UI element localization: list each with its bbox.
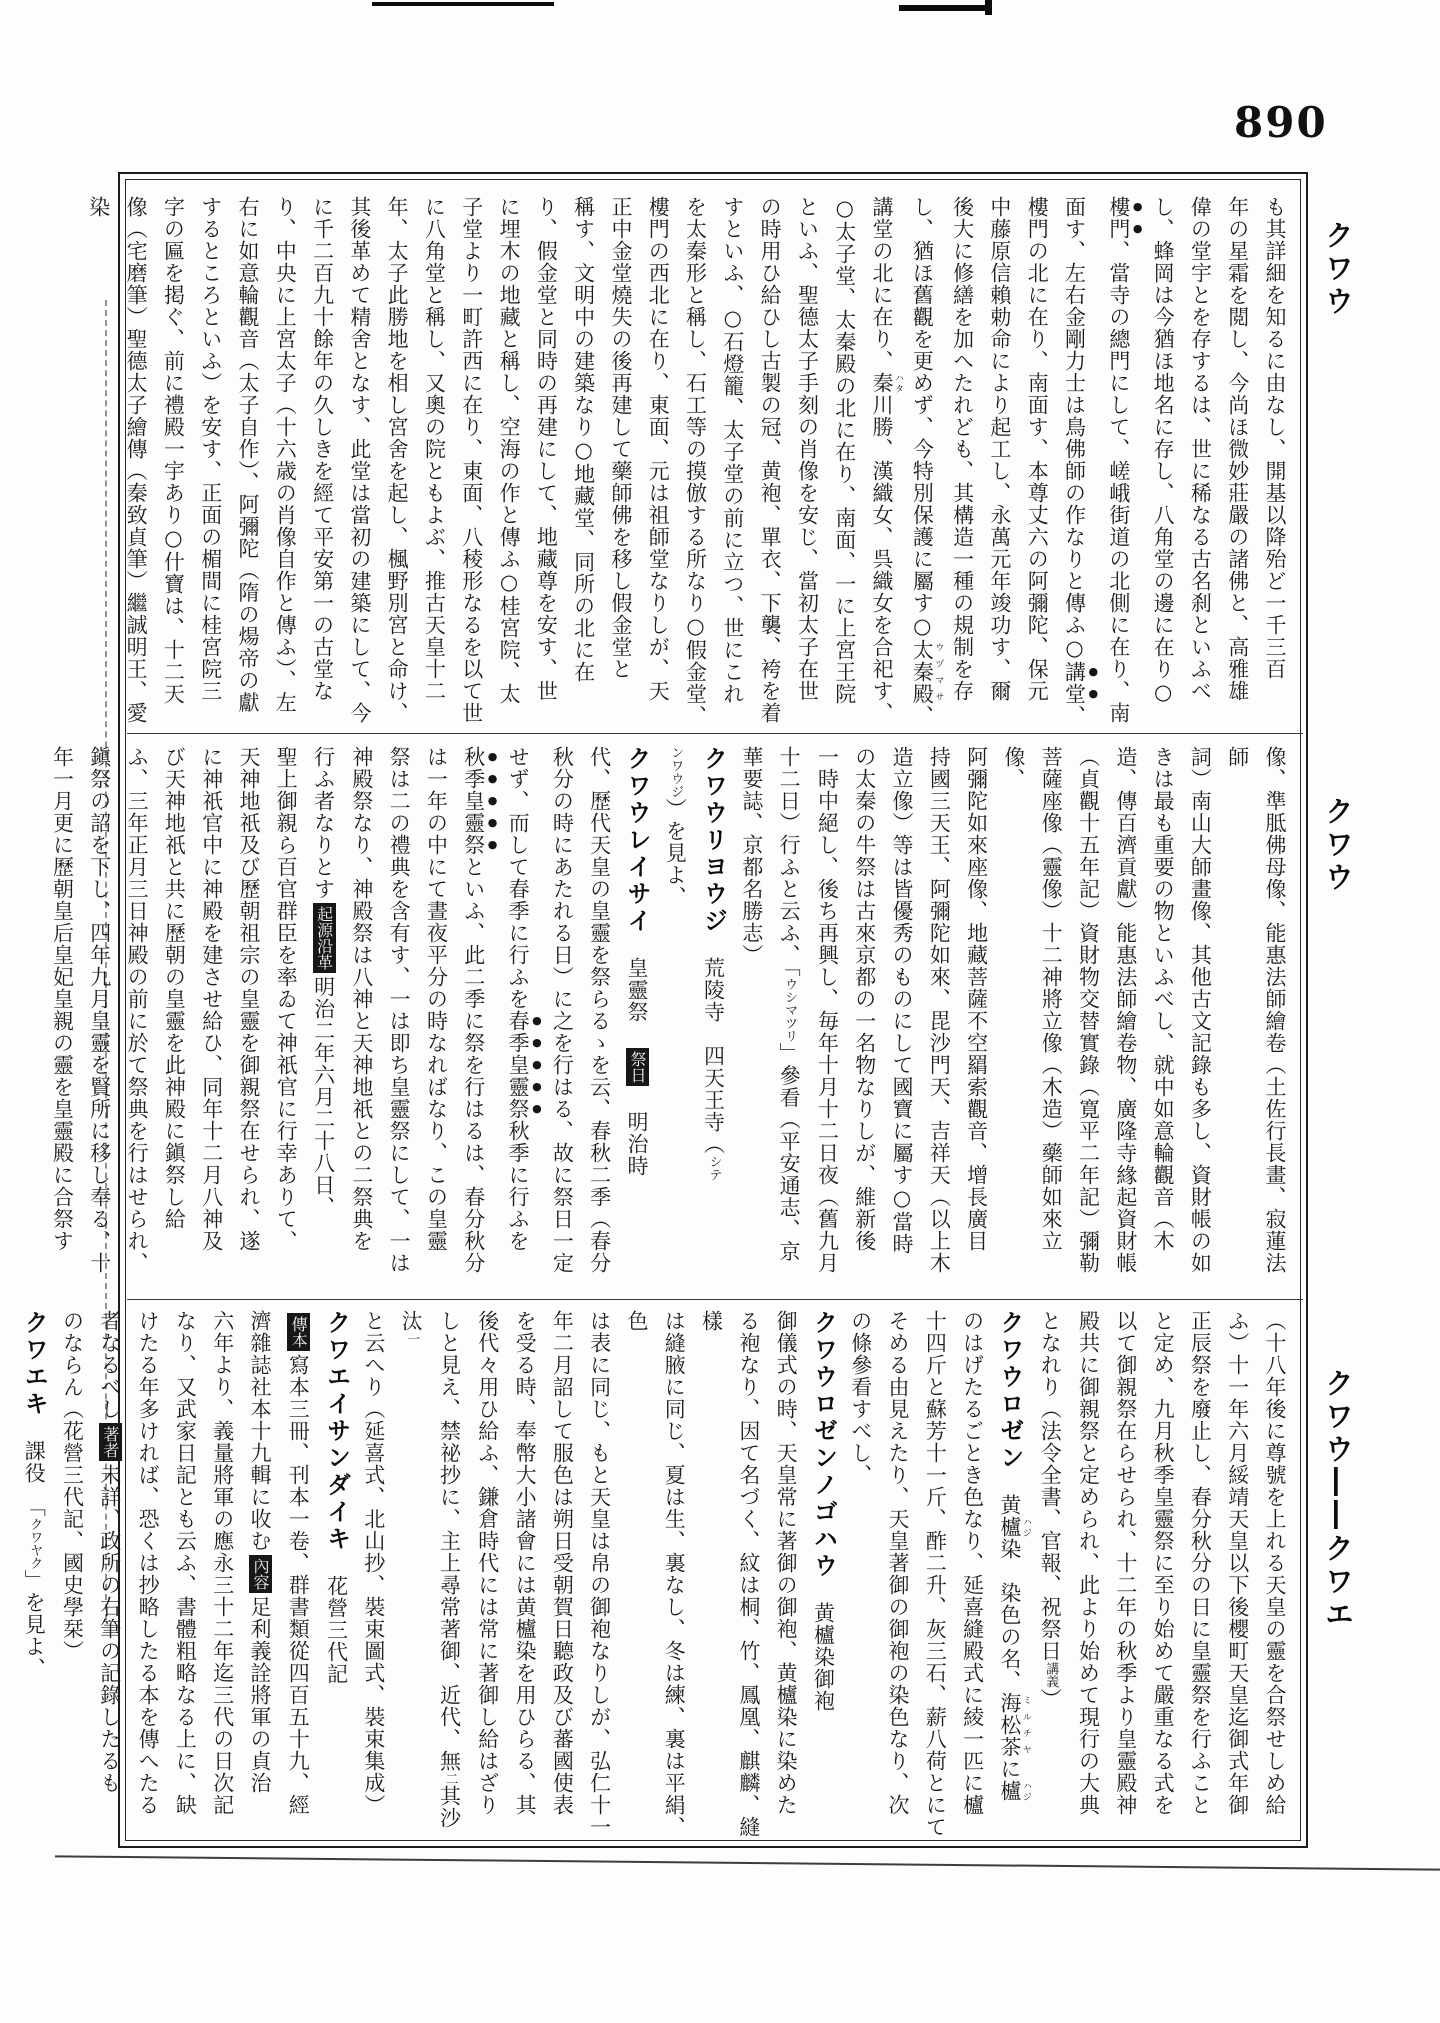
guide-word-band1: クワウ [1318,220,1359,319]
text-run: けたる年多ければ、恐くは抄略したる本を傳へたる [136,1310,160,1816]
text-column: び天神地祇と共に歷朝の皇靈を此神殿に鎭祭し給 [155,746,192,1286]
text-run: 像（宅磨筆）聖德太子繪傳（秦致貞筆）繼誠明王、愛染 [87,196,148,724]
text-column: に千二百九十餘年の久しきを經て平安第一の古堂な [303,196,340,730]
text-column: は表に同じ、もと天皇は帛の御袍なりしが、弘仁十一 [580,1310,617,1840]
text-run: （十八年後に尊號を上れる天皇の靈を合祭せしめ給 [1263,1310,1287,1816]
text-run: となれり（法令全書、官報、祝祭日 [1038,1310,1062,1662]
text-run: 稱す、文明中の建築なり○地藏堂、同所の北に在 [572,196,596,683]
text-run: の條參看すべし、 [849,1310,873,1486]
text-column: といふ、聖德太子手刻の肖像を安じ、當初太子在世 [788,196,825,730]
text-run: り、假金堂と同時の再建にして、地藏尊を安す、世 [534,196,558,702]
text-run: ○太子堂、太秦殿の北に在り、南面、一に上宮王院 [833,196,857,705]
text-column: と定め、九月秋季皇靈祭に至り始めて嚴重なる式を [1144,1310,1181,1840]
text-run: 荒陵寺 四天王寺（ [702,935,726,1155]
text-run: 六年より、義量將軍の應永三十二年迄三代の日次記 [211,1310,235,1816]
entry-headword: クワエイサンダイキ [323,1310,351,1553]
text-column: 樓門の北に在り、南面す、本尊丈六の阿彌陀、保元 [1018,196,1055,730]
text-run: といふ、此二季に祭を行はるは、春分秋分 [462,856,486,1274]
text-column: に埋木の地藏と稱し、空海の作と傳ふ○桂宮院、太 [490,196,527,730]
text-run: 持國三天王、阿彌陀如來、毘沙門天、吉祥天（以上木 [927,746,951,1274]
text-run: 秋分の時にあたれる日）に之を行はる、故に祭日一定 [550,746,574,1274]
text-column: なり、又武家日記とも云ふ、書體粗略なる上に、缺 [166,1310,203,1840]
text-run: 天神地祇及び歷朝祖宗の皇靈を御親祭在せられ、遂 [237,746,261,1252]
text-run: 花營三代記 [325,1553,349,1685]
text-run: に千二百九十餘年の久しきを經て平安第一の古堂な [311,196,335,702]
text-run: せず、而して春季に行ふを [506,746,530,1010]
text-run: 神殿祭なり、神殿祭は八神と天神地祇との二祭典を [350,746,374,1252]
text-run: し、蜂岡は今猶ほ地名に存し、八角堂の邊に在り○ [1151,196,1175,705]
guide-word-band3: クワウ――クワエ [1318,1368,1359,1632]
text-column: 年一月更に歷朝皇后皇妃皇親の靈を皇靈殿に合祭す [43,746,80,1286]
emphasized-term: 樓門 [1107,196,1131,240]
text-run: 黄櫨染御袍 [811,1580,835,1712]
furigana-ruby: 櫨ハジ [998,1516,1022,1538]
text-column: 偉の堂宇とを存するは、世に稀なる古名刹といふべ [1181,196,1218,730]
text-column: 中藤原信賴勅命により起工し、永萬元年竣功す、爾 [981,196,1018,730]
category-label: 傳本 [287,1313,310,1351]
text-run: 明治二年六月二十八日、 [312,976,336,1218]
text-column: 一時中絕し、後ち再興し、毎年十月十二日夜（舊九月 [808,746,845,1286]
text-column: 字の匾を掲ぐ、前に禮殿一宇あり○什寶は、十二天 [154,196,191,730]
text-run: 」參看（平安通志、京 [777,1043,801,1263]
text-run: 殿共に御親祭と定められ、此より始めて現行の大典 [1077,1310,1101,1816]
text-run: び天神地祇と共に歷朝の皇靈を此神殿に鎭祭し給 [162,746,186,1230]
text-run: 足利義詮將軍の貞治 [248,1596,272,1794]
text-run: に神祇官中に神殿を建させ給ひ、同年十二月八神及 [200,746,224,1252]
text-run: のはげたるごとき色なり、延喜縫殿式に綾一匹に櫨 [961,1310,985,1816]
text-column: 阿彌陀如來座像、地藏菩薩不空羂索觀音、增長廣目 [957,746,994,1286]
band-separator-1 [127,733,1303,734]
text-column: し、蜂岡は今猶ほ地名に存し、八角堂の邊に在り○ [1144,196,1181,730]
text-run: 樓門の北に在り、南面す、本尊丈六の阿彌陀、保元 [1025,196,1049,702]
text-column: 樓門の西北に在り、東面、元は祖師堂なりしが、天 [639,196,676,730]
small-text: 二 [442,1772,457,1785]
text-run: 年の星霜を閲し、今尚ほ微妙莊嚴の諸佛と、高雅雄 [1226,196,1250,702]
text-column: 持國三天王、阿彌陀如來、毘沙門天、吉祥天（以上木 [920,746,957,1286]
text-column: 菩薩座像（靈像）十二神將立像（木造）藥師如來立像、 [995,746,1070,1286]
text-run: 後大に修繕を加へたれども、其構造一種の規制を存 [951,196,975,702]
text-column: 子堂より一町許西に在り、東面、八稜形なるを以て世 [452,196,489,730]
text-run: 、 [910,705,934,727]
text-run: 其後革めて精舍となす、此堂は當初の建築にして、今 [348,196,372,724]
text-column: 面す、左右金剛力士は鳥佛師の作なりと傳ふ○講堂、 [1055,196,1099,730]
small-text: クワヤク [27,1518,42,1570]
text-run: 像、準胝佛母像、能惠法師繪卷（土佐行長畫、寂蓮法師 [1226,746,1287,1274]
emphasized-term: 講堂 [1063,661,1087,705]
text-run: 祭は二の禮典を含有す、一は即ち皇靈祭にして、一は [387,746,411,1274]
text-run: ） [1038,1688,1062,1710]
text-column: 六年より、義量將軍の應永三十二年迄三代の日次記 [203,1310,240,1840]
text-column: 後大に修繕を加へたれども、其構造一種の規制を存 [943,196,980,730]
text-column: 講堂の北に在り、秦ハタ川勝、漢織女、呉織女を合祀す、 [863,196,903,730]
text-run: も其詳細を知るに由なし、開基以降殆ど一千三百 [1263,196,1287,680]
text-run: 造立像）等は皆優秀のものにして國寶に屬す○當時 [890,746,914,1255]
entry-headword: クワウロゼンノゴハウ [809,1310,837,1580]
text-column: クワウロゼン 黄櫨ハジ染 染色の名、海松茶ミルチヤに櫨ハジ [991,1310,1031,1840]
text-run: 偉の堂宇とを存するは、世に稀なる古名刹といふべ [1188,196,1212,702]
text-run: に [998,1758,1022,1780]
text-column: 像（宅磨筆）聖德太子繪傳（秦致貞筆）繼誠明王、愛染 [80,196,155,730]
text-column: し、猶ほ舊觀を更めず、今特別保護に屬す○太秦殿ウヅマサ、 [903,196,943,730]
text-run: 行ふ者なりとす [312,746,336,900]
text-band-2: 像、準胝佛母像、能惠法師繪卷（土佐行長畫、寂蓮法師詞）南山大師畫像、其他古文記錄… [135,746,1293,1286]
text-run: 課役 「 [22,1418,46,1518]
text-column: 濟雜誌社本十九輯に收む內容足利義詮將軍の貞治 [241,1310,279,1840]
text-column: けたる年多ければ、恐くは抄略したる本を傳へたる [129,1310,166,1840]
furigana-ruby: 秦ハタ [870,372,894,394]
entry-headword: クワウリヨウジ [700,746,728,935]
text-run: ）を見よ、 [663,798,687,908]
text-column: は縫腋に同じ、夏は生、裏なし、冬は練、裏は平絹、色 [618,1310,693,1840]
emphasized-term: 春季皇靈祭 [506,1010,530,1120]
text-run: なり、又武家日記とも云ふ、書體粗略なる上に、缺 [173,1310,197,1816]
text-column: するところといふ）を安す、正面の楣間に桂宮院三 [191,196,228,730]
text-run: を太秦形と稱し、石工等の摸倣する所なり○假金堂、 [684,196,708,727]
text-run: 年一月更に歷朝皇后皇妃皇親の靈を皇靈殿に合祭す [51,746,75,1252]
text-run: 、當寺の總門にして、嵯峨街道の北側に在り、南 [1107,240,1131,724]
text-column: きは最も重要の物といふべし、就中如意輪觀音（木 [1144,746,1181,1286]
text-column: 御儀式の時、天皇常に著御の御袍、黄櫨染に染めた [767,1310,804,1840]
text-run: 皇靈祭 [625,935,649,1045]
text-run: し、猶ほ舊觀を更めず、今特別保護に屬す○ [910,196,934,639]
text-column: クワウレイサイ 皇靈祭 祭日 明治時 [618,746,656,1286]
text-column: すといふ、○石燈籠、太子堂の前に立つ、世にこれ [714,196,751,730]
text-column: クワウリヨウジ 荒陵寺 四天王寺（シテ [694,746,732,1286]
text-run: 十二日）行ふと云ふ、「 [777,746,801,978]
text-column: の太秦の牛祭は古來京都の一名物なりしが、維新後 [845,746,882,1286]
text-run: 字の匾を掲ぐ、前に禮殿一宇あり○什寶は、十二天 [161,196,185,705]
text-band-3: （十八年後に尊號を上れる天皇の靈を合祭せしめ給ふ）十一年六月綏靖天皇以下後櫻町天… [135,1310,1293,1840]
text-run: 代、歷代天皇の皇靈を祭らるゝを云、春秋二季（春分 [588,746,612,1274]
text-column: ふ、三年正月三日神殿の前に於て祭典を行はせられ、 [118,746,155,1286]
category-label: 起源沿革 [313,903,336,973]
entry-headword: クワウロゼン [996,1310,1024,1472]
text-column: り、中央に上宮太子（十六歳の肖像自作と傳ふ）、左 [266,196,303,730]
text-run: と云へり（延喜式、北山抄、裝束圖式、裝束集成） [362,1310,386,1816]
text-run: （貞觀十五年記）資財物交替實錄（寛平二年記）彌勒 [1077,746,1101,1274]
page-number: 890 [1234,98,1344,147]
text-run: ふ）十一年六月綏靖天皇以下後櫻町天皇迄御式年御 [1226,1310,1250,1816]
text-run: 華要誌、京都名勝志） [740,746,764,966]
text-column: （十八年後に尊號を上れる天皇の靈を合祭せしめ給 [1256,1310,1293,1840]
text-column: 正辰祭を廢止し、春分秋分の日に皇靈祭を行ふこと [1181,1310,1218,1840]
text-column: は一年の中にて晝夜平分の時なればなり、この皇靈 [417,746,454,1286]
text-run: すといふ、○石燈籠、太子堂の前に立つ、世にこれ [721,196,745,705]
scanned-dictionary-page: { "page": { "number": "890" }, "guide_wo… [0,0,1440,2023]
text-run: 造、傳百濟貢獻）能惠法師繪卷物、廣隆寺緣起資財帳 [1114,746,1138,1274]
text-run: 正辰祭を廢止し、春分秋分の日に皇靈祭を行ふこと [1188,1310,1212,1816]
text-run: 右に如意輪觀音（太子自作）、阿彌陀（隋の煬帝の獻 [236,196,260,714]
text-run: 後代々用ひ給ふ、鎌倉時代には常に著御し給はざり [476,1310,500,1816]
text-column: 殿共に御親祭と定められ、此より始めて現行の大典 [1069,1310,1106,1840]
text-column: 右に如意輪觀音（太子自作）、阿彌陀（隋の煬帝の獻 [229,196,266,730]
text-column: 鎭祭の詔を下し、四年九月皇靈を賢所に移し奉る、十 [81,746,118,1286]
text-column: ○太子堂、太秦殿の北に在り、南面、一に上宮王院 [825,196,862,730]
text-column: クワエキ 課役 「クワヤク」を見よ、 [15,1310,53,1840]
text-column: 像、準胝佛母像、能惠法師繪卷（土佐行長畫、寂蓮法師 [1218,746,1293,1286]
text-run: 、 [1063,705,1087,727]
scan-artifact [372,2,554,6]
text-column: 祭は二の禮典を含有す、一は即ち皇靈祭にして、一は [380,746,417,1286]
small-text: 一 [404,1332,419,1345]
text-run: 中藤原信賴勅命により起工し、永萬元年竣功す、爾 [988,196,1012,702]
text-run: は縫腋に同じ、夏は生、裏なし、冬は練、裏は平絹、色 [625,1310,686,1838]
text-run: 年二月詔して服色は朔日受朝賀日聽政及び蕃國使表 [550,1310,574,1816]
text-column: 年の星霜を閲し、今尚ほ微妙莊嚴の諸佛と、高雅雄 [1218,196,1255,730]
text-run: 黄 [998,1472,1022,1516]
text-column: 正中金堂燒失の後再建して藥師佛を移し假金堂と [602,196,639,730]
text-run: 正中金堂燒失の後再建して藥師佛を移し假金堂と [609,196,633,680]
text-column: と云へり（延喜式、北山抄、裝束圖式、裝束集成） [355,1310,392,1840]
text-column: しと見え、禁祕抄に、主上尋常著御、近代、無二其沙汰一 [392,1310,469,1840]
text-run: と定め、九月秋季皇靈祭に至り始めて嚴重なる式を [1151,1310,1175,1816]
text-run: 者なるべし [98,1310,122,1420]
text-column: 後代々用ひ給ふ、鎌倉時代には常に著御し給はざり [468,1310,505,1840]
text-column: （貞觀十五年記）資財物交替實錄（寛平二年記）彌勒 [1069,746,1106,1286]
text-column: を太秦形と稱し、石工等の摸倣する所なり○假金堂、 [676,196,713,730]
text-run: 寫本三冊、刊本一卷、群書類從四百五十九、經 [286,1354,310,1816]
small-text: ンワウジ [668,746,683,798]
text-run: 濟雜誌社本十九輯に收む [248,1310,272,1552]
text-run: 阿彌陀如來座像、地藏菩薩不空羂索觀音、增長廣目 [965,746,989,1252]
guide-word-band2: クワウ [1318,796,1359,895]
text-column: に八角堂と稱し、又奧の院ともよぶ、推古天皇十二 [415,196,452,730]
text-run: 子堂より一町許西に在り、東面、八稜形なるを以て世 [460,196,484,724]
small-text: 講義 [1043,1662,1058,1688]
small-text: シテ [707,1155,722,1181]
text-column: となれり（法令全書、官報、祝祭日講義） [1031,1310,1069,1840]
text-column: 華要誌、京都名勝志） [733,746,770,1286]
text-column: 神殿祭なり、神殿祭は八神と天神地祇との二祭典を [343,746,380,1286]
entry-headword: クワエキ [20,1310,48,1418]
text-run: するところといふ）を安す、正面の楣間に桂宮院三 [199,196,223,702]
text-column: 年二月詔して服色は朔日受朝賀日聽政及び蕃國使表 [543,1310,580,1840]
band-separator-2 [127,1299,1303,1300]
text-run: 川勝、漢織女、呉織女を合祀す、 [870,394,894,724]
text-run: 以て御親祭在らせられ、十二年の秋季より皇靈殿神 [1114,1310,1138,1816]
scan-artifact [985,0,992,15]
text-run: 樓門の西北に在り、東面、元は祖師堂なりしが、天 [646,196,670,702]
category-label: 著者 [99,1423,122,1461]
furigana-ruby: 海松茶ミルチヤ [998,1692,1022,1758]
text-run: は一年の中にて晝夜平分の時なればなり、この皇靈 [424,746,448,1252]
text-column: り、假金堂と同時の再建にして、地藏尊を安す、世 [527,196,564,730]
text-run: 面す、左右金剛力士は鳥佛師の作なりと傳ふ○ [1063,196,1087,661]
text-column: 樓門、當寺の總門にして、嵯峨街道の北側に在り、南 [1100,196,1144,730]
text-column: 行ふ者なりとす起源沿革明治二年六月二十八日、 [304,746,342,1286]
text-column: のならん（花營三代記、國史學栞） [53,1310,90,1840]
text-column: 者なるべし著者未詳、政所の右筆の記錄したるも [91,1310,129,1840]
text-column: に神祇官中に神殿を建させ給ひ、同年十二月八神及 [192,746,229,1286]
text-run: しと見え、禁祕抄に、主上尋常著御、近代、無 [437,1310,461,1772]
text-run: 講堂の北に在り、 [870,196,894,372]
text-column: 十四斤と蘇芳十一斤、酢二升、灰三石、薪八荷とにて [916,1310,953,1840]
text-column: そめる由見えたり、天皇著御の御袍の染色なり、次 [879,1310,916,1840]
text-column: 造立像）等は皆優秀のものにして國寶に屬す○當時 [883,746,920,1286]
text-run: 鎭祭の詔を下し、四年九月皇靈を賢所に移し奉る、十 [88,746,112,1274]
text-run: のならん（花營三代記、國史學栞） [61,1310,85,1662]
text-run: といふ、聖德太子手刻の肖像を安じ、當初太子在世 [795,196,819,702]
scan-artifact [899,5,988,11]
text-column: の條參看すべし、 [841,1310,878,1840]
text-run: 年、太子此勝地を相し宮舍を起し、楓野別宮と命け、 [385,196,409,724]
text-column: 詞）南山大師畫像、其他古文記錄も多し、資財帳の如 [1181,746,1218,1286]
text-run: 」を見よ、 [22,1570,46,1680]
text-column: ふ）十一年六月綏靖天皇以下後櫻町天皇迄御式年御 [1218,1310,1255,1840]
text-run: の太秦の牛祭は古來京都の一名物なりしが、維新後 [853,746,877,1252]
text-run: り、中央に上宮太子（十六歳の肖像自作と傳ふ）、左 [273,196,297,714]
text-run: 御儀式の時、天皇常に著御の御袍、黄櫨染に染めた [774,1310,798,1816]
text-run: に八角堂と稱し、又奧の院ともよぶ、推古天皇十二 [422,196,446,702]
text-column: クワウロゼンノゴハウ 黄櫨染御袍 [804,1310,841,1840]
text-run: 菩薩座像（靈像）十二神將立像（木造）藥師如來立像、 [1002,746,1063,1252]
text-column: 代、歷代天皇の皇靈を祭らるゝを云、春秋二季（春分 [580,746,617,1286]
text-column: 秋季皇靈祭といふ、此二季に祭を行はるは、春分秋分 [454,746,498,1286]
text-column: 十二日）行ふと云ふ、「ウシマツリ」參看（平安通志、京 [770,746,808,1286]
text-column: 造、傳百濟貢獻）能惠法師繪卷物、廣隆寺緣起資財帳 [1107,746,1144,1286]
text-run: 十四斤と蘇芳十一斤、酢二升、灰三石、薪八荷とにて [923,1310,947,1838]
text-run: 明治時 [625,1089,649,1177]
category-label: 祭日 [626,1048,649,1086]
text-column: 聖上御親ら百官群臣を率ゐて神祇官に行幸ありて、 [267,746,304,1286]
text-column: せず、而して春季に行ふを春季皇靈祭秋季に行ふを [499,746,543,1286]
emphasized-term: 秋季皇靈祭 [462,746,486,856]
text-band-1: も其詳細を知るに由なし、開基以降殆ど一千三百年の星霜を閲し、今尚ほ微妙莊嚴の諸佛… [135,196,1293,730]
text-run: 詞）南山大師畫像、其他古文記錄も多し、資財帳の如 [1188,746,1212,1274]
text-run: きは最も重要の物といふべし、就中如意輪觀音（木 [1151,746,1175,1252]
text-run: そめる由見えたり、天皇著御の御袍の染色なり、次 [886,1310,910,1816]
scan-artifact [55,1855,1440,1870]
small-text: ウシマツリ [782,978,797,1043]
text-column: のはげたるごとき色なり、延喜縫殿式に綾一匹に櫨 [953,1310,990,1840]
entry-headword: クワウレイサイ [623,746,651,935]
text-column: 傳本寫本三冊、刊本一卷、群書類從四百五十九、經 [279,1310,317,1840]
text-run: 染 染色の名、 [998,1538,1022,1692]
text-column: 秋分の時にあたれる日）に之を行はる、故に祭日一定 [543,746,580,1286]
text-column: 天神地祇及び歷朝祖宗の皇靈を御親祭在せられ、遂 [230,746,267,1286]
text-run: 未詳、政所の右筆の記錄したるも [98,1464,122,1794]
text-column: る袍なり、因て名づく、紋は桐、竹、鳳凰、麒麟、縫樣 [692,1310,767,1840]
text-run: に埋木の地藏と稱し、空海の作と傳ふ○桂宮院、太 [497,196,521,705]
text-run: ふ、三年正月三日神殿の前に於て祭典を行はせられ、 [125,746,149,1274]
text-column: の時用ひ給ひし古製の冠、黄袍、單衣、下襲、袴を着 [751,196,788,730]
text-run: 一時中絕し、後ち再興し、毎年十月十二日夜（舊九月 [815,746,839,1274]
text-run: 聖上御親ら百官群臣を率ゐて神祇官に行幸ありて、 [274,746,298,1252]
text-run: は表に同じ、もと天皇は帛の御袍なりしが、弘仁十一 [588,1310,612,1838]
text-column: も其詳細を知るに由なし、開基以降殆ど一千三百 [1256,196,1293,730]
text-column: 其後革めて精舍となす、此堂は當初の建築にして、今 [341,196,378,730]
text-run: の時用ひ給ひし古製の冠、黄袍、單衣、下襲、袴を着 [758,196,782,724]
category-label: 內容 [249,1555,272,1593]
text-column: 以て御親祭在らせられ、十二年の秋季より皇靈殿神 [1107,1310,1144,1840]
text-run: を受る時、奉幣大小諸會には黄櫨染を用ひらる、其 [513,1310,537,1816]
text-column: クワエイサンダイキ 花營三代記 [317,1310,354,1840]
text-run: る袍なり、因て名づく、紋は桐、竹、鳳凰、麒麟、縫樣 [700,1310,761,1838]
text-run: 秋季に行ふを [506,1120,530,1252]
furigana-ruby: 櫨ハジ [998,1780,1022,1802]
text-column: 稱す、文明中の建築なり○地藏堂、同所の北に在 [564,196,601,730]
text-column: ンワウジ）を見よ、 [656,746,694,1286]
furigana-ruby: 太秦殿ウヅマサ [910,639,934,705]
text-column: を受る時、奉幣大小諸會には黄櫨染を用ひらる、其 [506,1310,543,1840]
text-column: 年、太子此勝地を相し宮舍を起し、楓野別宮と命け、 [378,196,415,730]
